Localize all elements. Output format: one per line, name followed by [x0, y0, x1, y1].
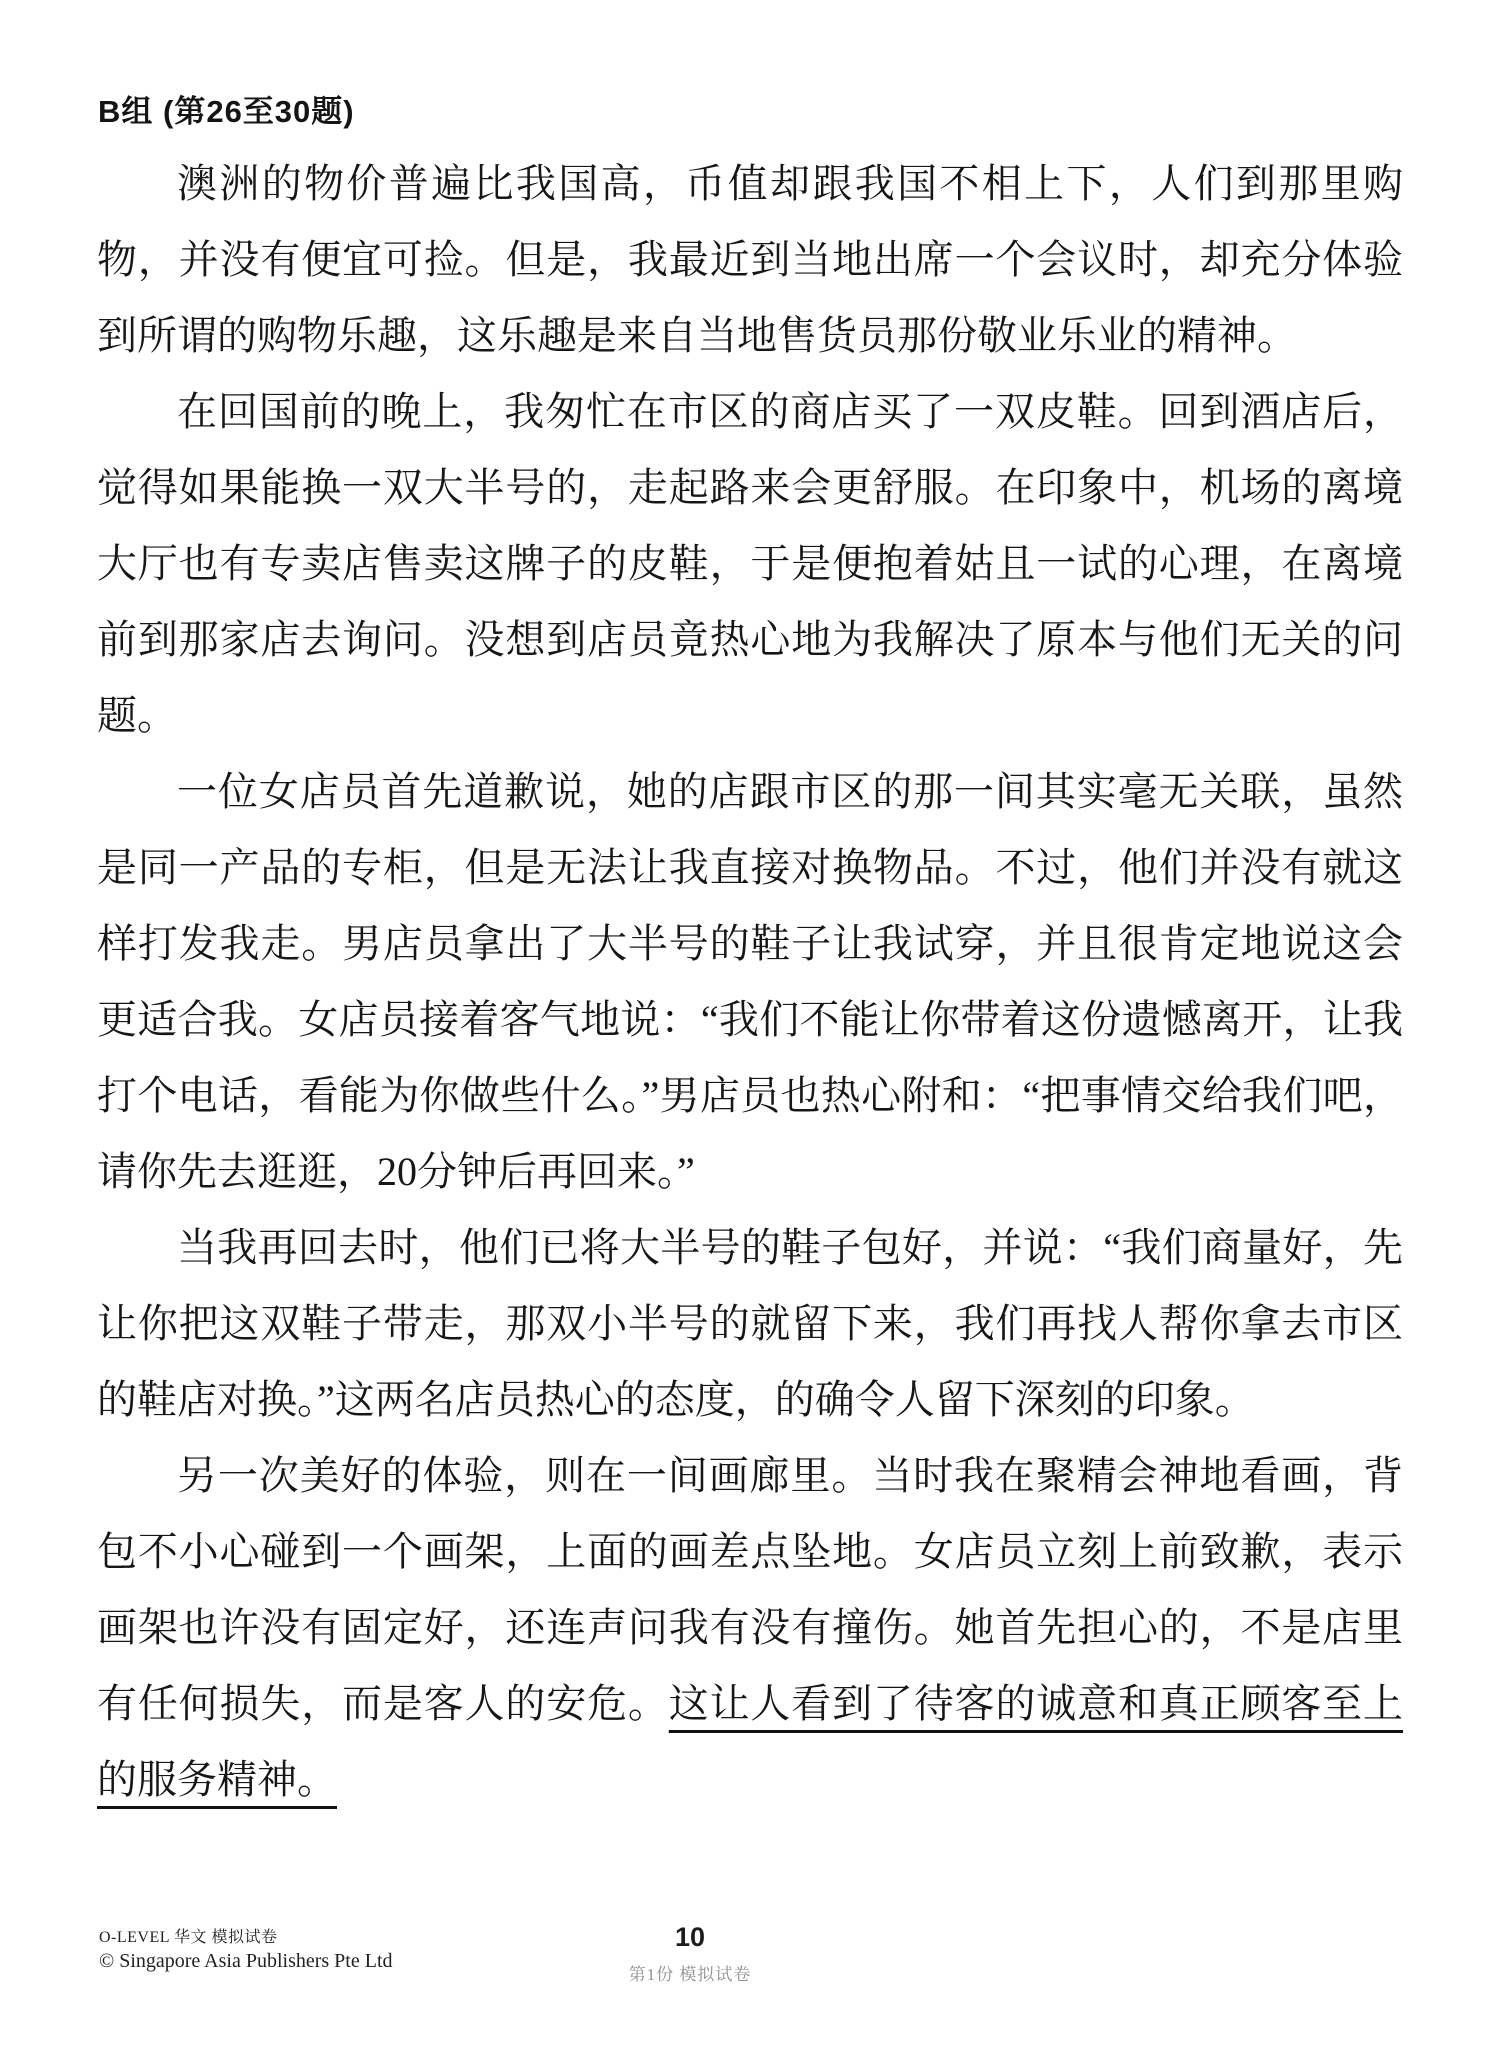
footer-caption: 第1份 模拟试卷 [580, 1960, 800, 1985]
paragraph-text: 在回国前的晚上，我匆忙在市区的商店买了一双皮鞋。回到酒店后，觉得如果能换一双大半… [97, 389, 1403, 738]
body-paragraph: 一位女店员首先道歉说，她的店跟市区的那一间其实毫无关联，虽然是同一产品的专柜，但… [97, 754, 1403, 1210]
body-paragraph: 在回国前的晚上，我匆忙在市区的商店买了一双皮鞋。回到酒店后，觉得如果能换一双大半… [97, 374, 1403, 754]
body-paragraph: 另一次美好的体验，则在一间画廊里。当时我在聚精会神地看画，背包不小心碰到一个画架… [97, 1438, 1403, 1818]
page-number: 10 [630, 1922, 750, 1953]
footer-publisher-block: O-LEVEL 华文 模拟试卷 © Singapore Asia Publish… [99, 1928, 393, 1974]
paragraph-text: 当我再回去时，他们已将大半号的鞋子包好，并说：“我们商量好，先让你把这双鞋子带走… [97, 1225, 1403, 1422]
paragraph-text: 澳洲的物价普遍比我国高，币值却跟我国不相上下，人们到那里购物，并没有便宜可捡。但… [97, 161, 1403, 358]
body-paragraph: 当我再回去时，他们已将大半号的鞋子包好，并说：“我们商量好，先让你把这双鞋子带走… [97, 1210, 1403, 1438]
footer-series-title: O-LEVEL 华文 模拟试卷 [99, 1928, 393, 1948]
footer-copyright: © Singapore Asia Publishers Pte Ltd [99, 1948, 393, 1974]
passage-body: 澳洲的物价普遍比我国高，币值却跟我国不相上下，人们到那里购物，并没有便宜可捡。但… [97, 146, 1403, 1818]
body-paragraph: 澳洲的物价普遍比我国高，币值却跟我国不相上下，人们到那里购物，并没有便宜可捡。但… [97, 146, 1403, 374]
section-header: B组 (第26至30题) [98, 86, 355, 131]
paragraph-text: 一位女店员首先道歉说，她的店跟市区的那一间其实毫无关联，虽然是同一产品的专柜，但… [97, 769, 1403, 1194]
document-page: B组 (第26至30题) 澳洲的物价普遍比我国高，币值却跟我国不相上下，人们到那… [0, 0, 1501, 2051]
